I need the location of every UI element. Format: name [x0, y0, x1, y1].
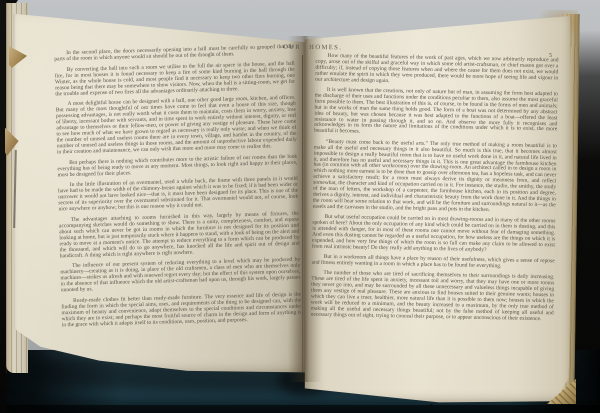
open-book-photograph: In the second place, the doors necessari… [0, 0, 600, 413]
paragraph: A most delightful house can be designed … [56, 95, 297, 156]
paragraph: But perhaps there is nothing which contr… [57, 153, 297, 178]
paragraph: In the second place, the doors necessari… [54, 44, 294, 63]
running-title: OUR HOMES. [283, 44, 342, 52]
paragraph: The influence of our present system of r… [60, 257, 301, 294]
paragraph: In the little illustration of an overman… [58, 176, 299, 213]
desk-speck [44, 385, 49, 388]
left-page-text: In the second place, the doors necessari… [54, 44, 302, 333]
gutter-crease-line [302, 55, 303, 373]
right-page: 5 How many of the beautiful features of … [304, 12, 574, 404]
paragraph: Ready-made clothes fit better than ready… [61, 291, 302, 328]
paragraph: The advantages attaching to rooms furnis… [59, 210, 300, 259]
right-page-text: How many of the beautiful features of th… [310, 54, 558, 328]
desk-speck-small [430, 404, 433, 406]
paragraph: By converting the hall into such a room … [55, 60, 296, 97]
paragraph: But in a workroom all things have a plac… [312, 255, 555, 271]
paragraph: It is well known that the creations, not… [314, 88, 558, 140]
left-page: In the second place, the doors necessari… [11, 10, 305, 376]
desk-edge [0, 405, 600, 413]
paragraph: The number of those who are tired of sac… [311, 271, 555, 323]
paragraph: “Beauty must come back to the useful art… [313, 139, 557, 215]
paragraph: But what useful occupation could be carr… [312, 215, 556, 255]
paragraph: How many of the beautiful features of th… [315, 54, 559, 88]
